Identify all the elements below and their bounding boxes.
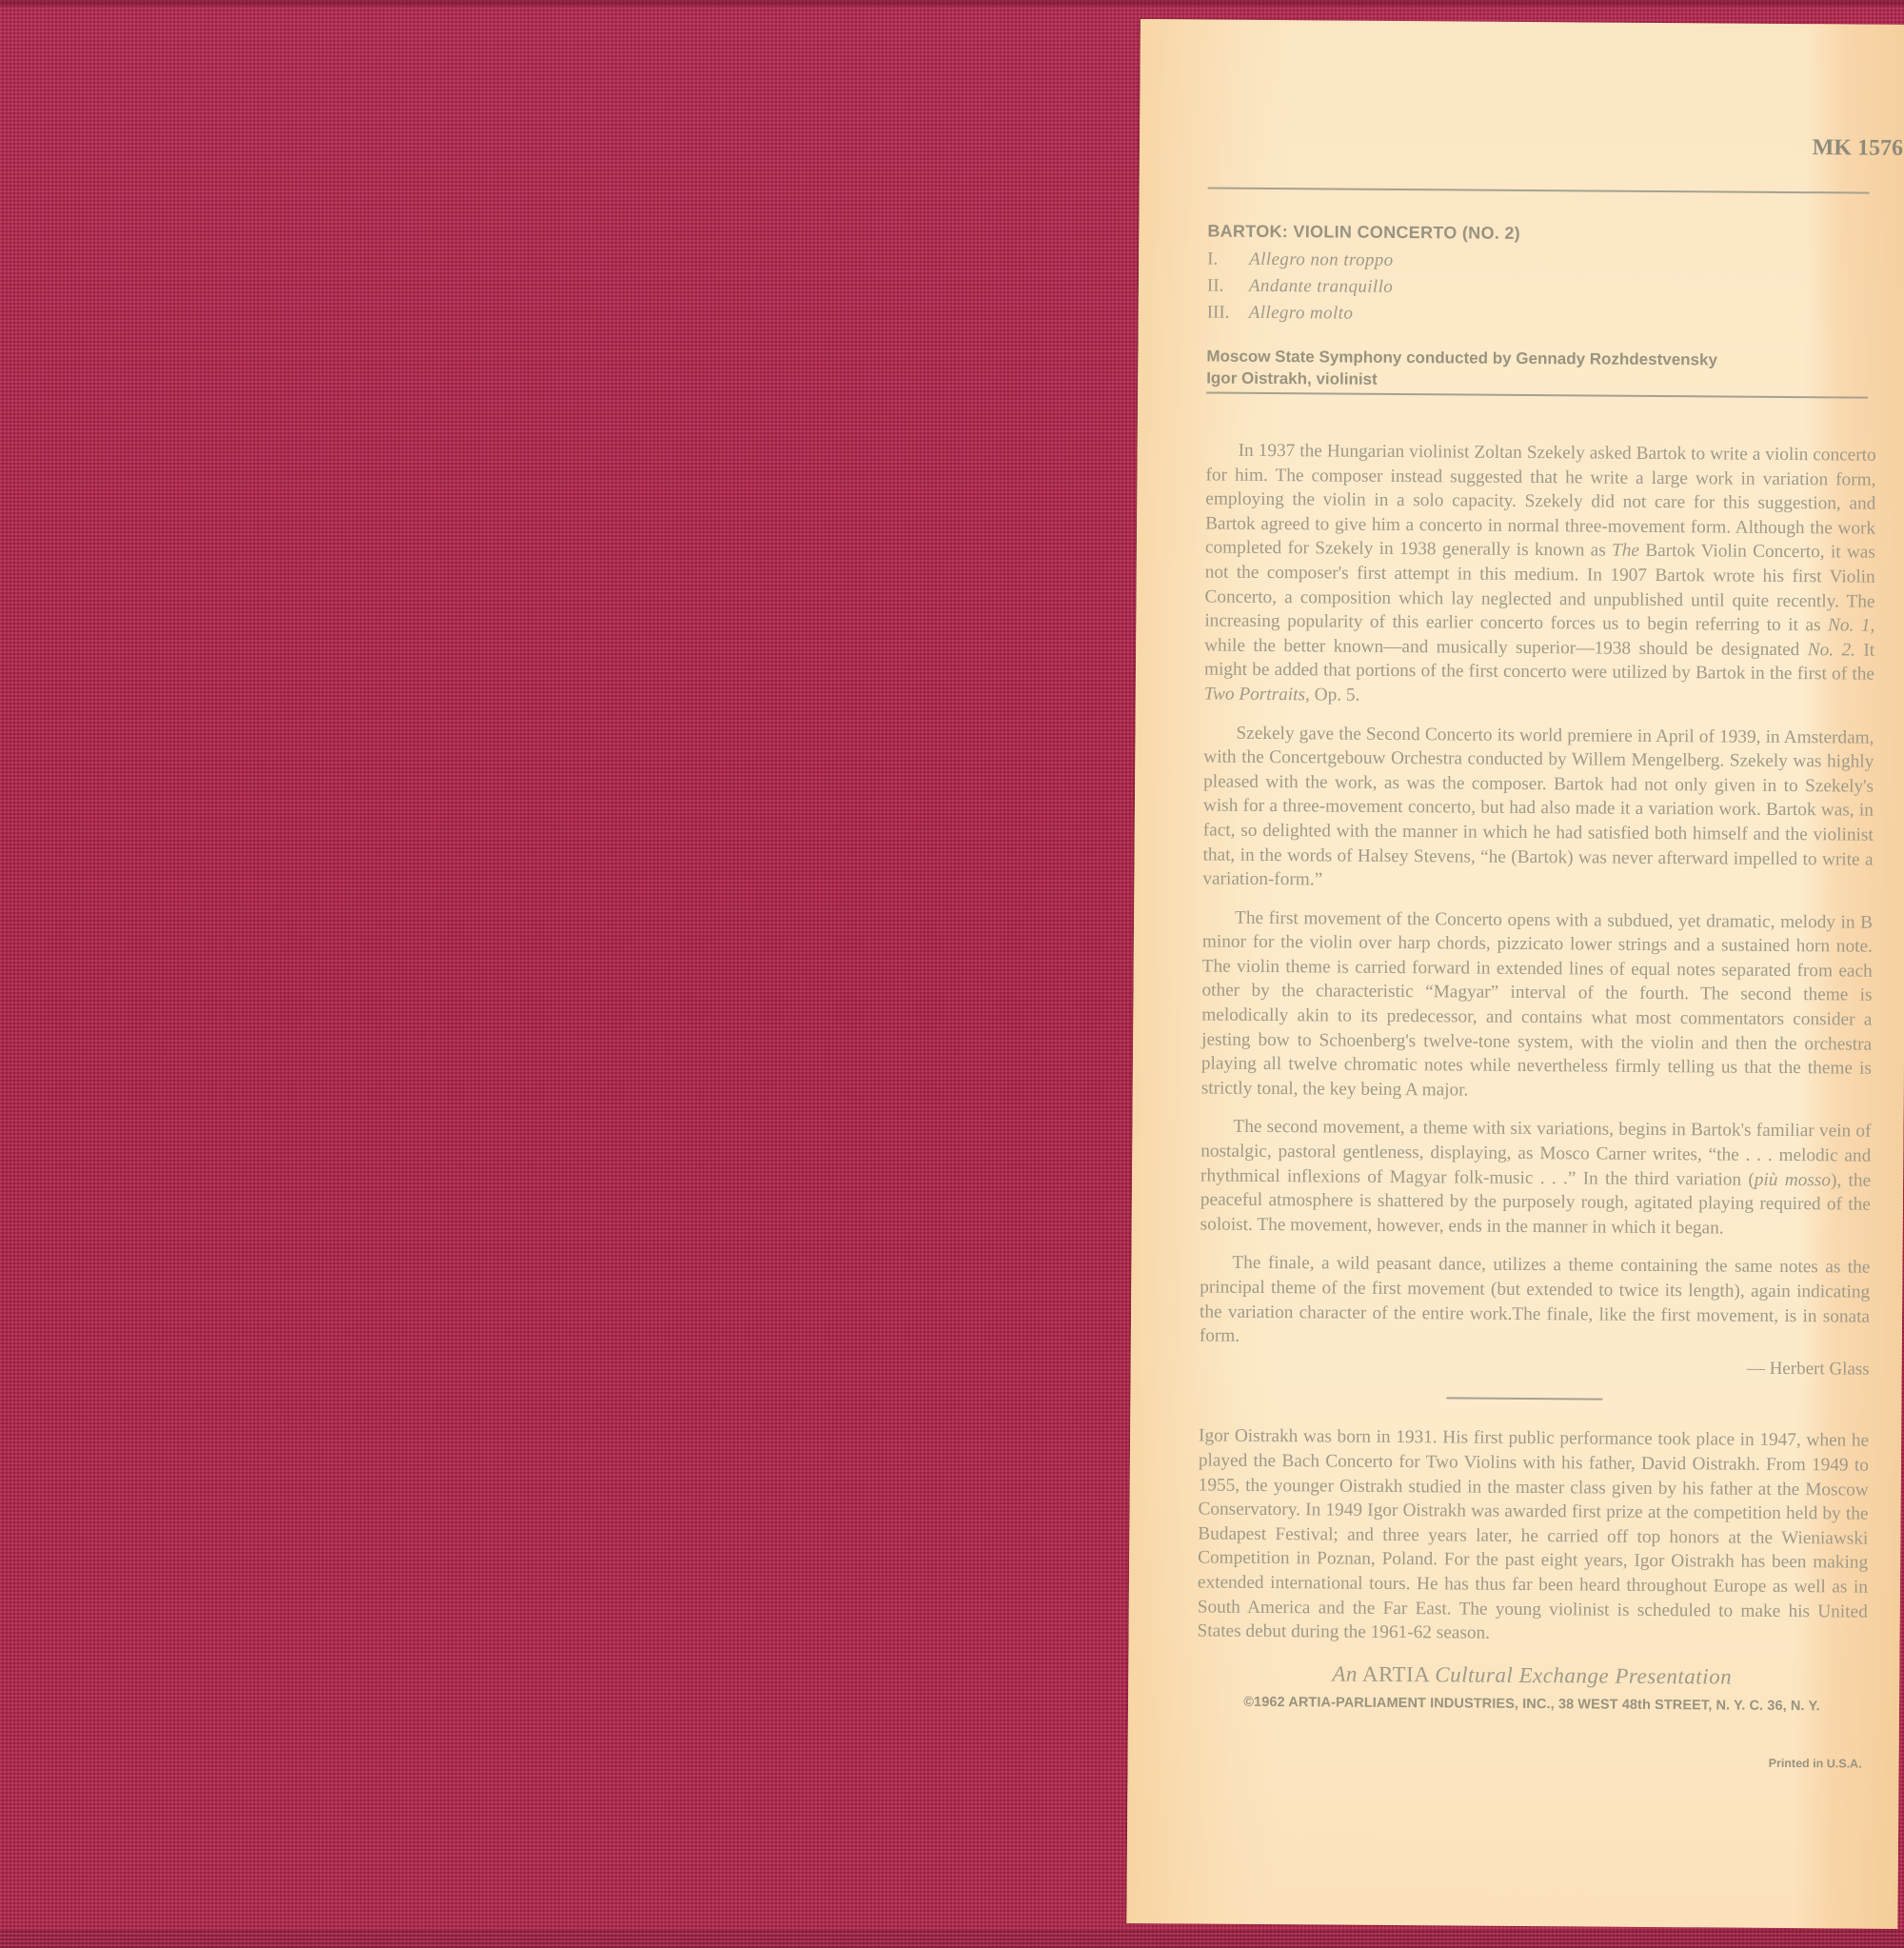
liner-notes-body: In 1937 the Hungarian violinist Zoltan S… <box>1197 439 1876 1778</box>
movement-number: II. <box>1207 276 1249 303</box>
movement-item: III. Allegro molto <box>1207 303 1394 330</box>
author-signature: — Herbert Glass <box>1200 1352 1870 1381</box>
movement-item: II. Andante tranquillo <box>1207 276 1394 304</box>
notes-paragraph-1: In 1937 the Hungarian violinist Zoltan S… <box>1204 439 1876 712</box>
movement-list: I. Allegro non troppo II. Andante tranqu… <box>1207 249 1394 330</box>
movement-name: Andante tranquillo <box>1249 276 1393 304</box>
presentation-brand: ARTIA <box>1362 1661 1429 1686</box>
cloth-edge-bottom <box>0 1931 1904 1948</box>
movement-item: I. Allegro non troppo <box>1207 249 1394 277</box>
notes-paragraph-3: The first movement of the Concerto opens… <box>1201 905 1873 1105</box>
performers: Moscow State Symphony conducted by Genna… <box>1206 346 1717 393</box>
cloth-edge-top <box>0 0 1904 6</box>
copyright-line: ©1962 ARTIA-PARLIAMENT INDUSTRIES, INC.,… <box>1197 1691 1867 1720</box>
artist-biography: Igor Oistrakh was born in 1931. His firs… <box>1197 1424 1869 1648</box>
movement-number: III. <box>1207 303 1249 329</box>
work-title: BARTOK: VIOLIN CONCERTO (NO. 2) <box>1207 222 1520 244</box>
middle-rule <box>1206 392 1868 399</box>
movement-number: I. <box>1207 249 1249 276</box>
section-divider <box>1446 1398 1602 1401</box>
top-rule <box>1208 188 1870 194</box>
presentation-prefix: An <box>1332 1661 1358 1685</box>
notes-paragraph-2: Szekely gave the Second Concerto its wor… <box>1202 721 1874 896</box>
catalog-number: MK 1576 <box>1813 135 1904 162</box>
notes-paragraph-5: The finale, a wild peasant dance, utiliz… <box>1200 1251 1871 1354</box>
presentation-suffix: Cultural Exchange Presentation <box>1435 1662 1732 1688</box>
soloist-credit: Igor Oistrakh, violinist <box>1206 368 1717 393</box>
liner-notes-content: MK 1576 BARTOK: VIOLIN CONCERTO (NO. 2) … <box>1209 20 1875 25</box>
presentation-line: An ARTIA Cultural Exchange Presentation <box>1197 1660 1867 1690</box>
printed-in-label: Printed in U.S.A. <box>1197 1747 1862 1777</box>
movement-name: Allegro non troppo <box>1249 249 1394 277</box>
liner-notes-insert: MK 1576 BARTOK: VIOLIN CONCERTO (NO. 2) … <box>1126 19 1904 1929</box>
movement-name: Allegro molto <box>1249 303 1354 330</box>
notes-paragraph-4: The second movement, a theme with six va… <box>1200 1115 1872 1242</box>
